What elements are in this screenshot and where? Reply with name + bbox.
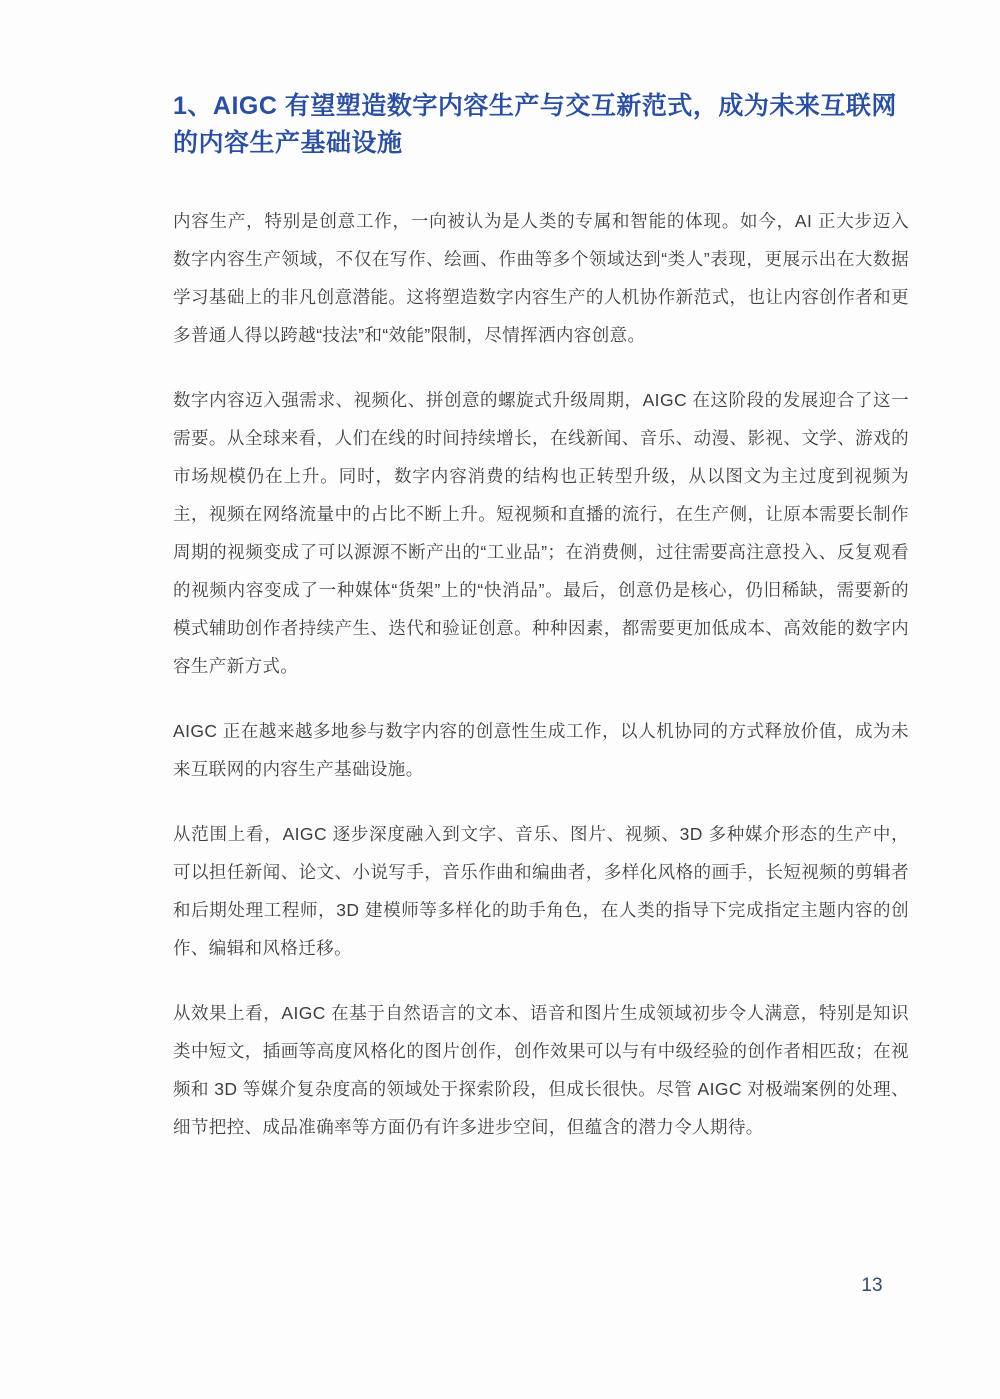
page-number: 13: [852, 1272, 892, 1300]
page-content: 1、AIGC 有望塑造数字内容生产与交互新范式，成为未来互联网的内容生产基础设施…: [173, 88, 909, 1173]
paragraph-scope: 从范围上看，AIGC 逐步深度融入到文字、音乐、图片、视频、3D 多种媒介形态的…: [173, 815, 909, 967]
paragraph-effect: 从效果上看，AIGC 在基于自然语言的文本、语音和图片生成领域初步令人满意，特别…: [173, 994, 909, 1146]
paragraph-aigc-infrastructure: AIGC 正在越来越多地参与数字内容的创意性生成工作，以人机协同的方式释放价值，…: [173, 712, 909, 788]
section-heading: 1、AIGC 有望塑造数字内容生产与交互新范式，成为未来互联网的内容生产基础设施: [173, 88, 909, 162]
document-page: 1、AIGC 有望塑造数字内容生产与交互新范式，成为未来互联网的内容生产基础设施…: [0, 0, 1000, 1399]
paragraph-digital-content-cycle: 数字内容迈入强需求、视频化、拼创意的螺旋式升级周期，AIGC 在这阶段的发展迎合…: [173, 381, 909, 685]
paragraph-intro: 内容生产，特别是创意工作，一向被认为是人类的专属和智能的体现。如今，AI 正大步…: [173, 202, 909, 354]
